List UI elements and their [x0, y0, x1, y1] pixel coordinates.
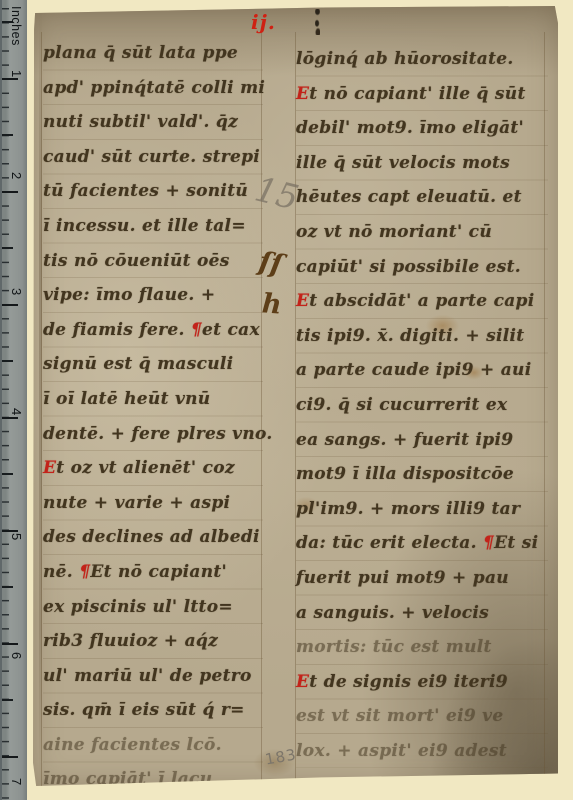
manuscript-text-line: est vt sit mort' ei9 ve	[296, 699, 548, 734]
gutter-pen-trial: h	[261, 288, 283, 320]
manuscript-column-right: lōginq́ ab hūorositate.Et nō capiant' il…	[296, 42, 548, 768]
manuscript-text-line: hēutes capt eleuatū. et	[296, 180, 548, 215]
manuscript-text-line: tis nō cōueniūt oēs	[43, 244, 263, 279]
manuscript-text-line: īmo capiāt' ī lacu	[43, 762, 263, 786]
manuscript-text-line: a parte caude ipi9 + aui	[296, 353, 548, 388]
manuscript-text-line: Et de signis ei9 iteri9	[296, 665, 548, 700]
manuscript-text-line: rib3 fluuioz + aq́z	[43, 624, 263, 659]
manuscript-text-line: ille q̄ sūt velocis mots	[296, 146, 548, 181]
column-ruling-line	[41, 32, 42, 786]
manuscript-text-line: ī oī latē heūt vnū	[43, 382, 263, 417]
manuscript-text-line: ul' mariū ul' de petro	[43, 659, 263, 694]
rubricated-initial: E	[296, 672, 309, 692]
manuscript-text-line: caud' sūt curte. strepi	[43, 140, 263, 175]
quire-mark-numeral: ij.	[251, 10, 276, 34]
ruler-inch-number: 5	[9, 533, 24, 540]
inch-ruler: Inches 1234567	[0, 0, 27, 800]
manuscript-text-line: fuerit pui mot9 + pau	[296, 561, 548, 596]
rubricated-initial: E	[296, 291, 309, 311]
ruler-tick-marks	[2, 0, 27, 800]
manuscript-text-line: ī incessu. et ille tal=	[43, 209, 263, 244]
manuscript-text-line: vipe: īmo flaue. +	[43, 278, 263, 313]
manuscript-photo: Inches 1234567 ij. plana q̄ sūt lata ppe…	[0, 0, 573, 800]
rubricated-initial: E	[296, 84, 309, 104]
rubricated-initial: E	[43, 458, 56, 478]
ruler-unit-label: Inches	[9, 6, 23, 46]
manuscript-text-line: lox. + aspit' ei9 adest	[296, 734, 548, 769]
manuscript-text-line: tis ipi9. x̄. digiti. + silit	[296, 319, 548, 354]
manuscript-text-line: da: tūc erit electa. ¶Et si	[296, 526, 548, 561]
red-paraph-mark: ¶	[483, 533, 494, 553]
red-paraph-mark: ¶	[79, 562, 90, 582]
manuscript-text-line: dentē. + fere plres vno.	[43, 417, 263, 452]
red-paraph-mark: ¶	[191, 320, 202, 340]
manuscript-text-line: Et abscidāt' a parte capi	[296, 284, 548, 319]
ruler-inch-number: 4	[9, 408, 24, 415]
manuscript-text-line: apd' ppinq́tatē colli mi	[43, 71, 263, 106]
manuscript-text-line: mot9 ī illa dispositcōe	[296, 457, 548, 492]
manuscript-text-line: ci9. q̄ si cucurrerit ex	[296, 388, 548, 423]
folio-number-pencil: 183	[264, 745, 298, 768]
ink-speck-mark	[315, 9, 320, 35]
ruler-inch-number: 3	[9, 288, 24, 295]
manuscript-text-line: ea sangs. + fuerit ipi9	[296, 423, 548, 458]
manuscript-text-line: oz vt nō moriant' cū	[296, 215, 548, 250]
ruler-inch-number: 1	[9, 70, 24, 77]
manuscript-text-line: Et oz vt alienēt' coz	[43, 451, 263, 486]
ruler-inch-number: 6	[9, 652, 24, 659]
manuscript-text-line: nute + varie + aspi	[43, 486, 263, 521]
parchment-leaf: ij. plana q̄ sūt lata ppeapd' ppinq́tatē…	[33, 6, 558, 786]
manuscript-text-line: plana q̄ sūt lata ppe	[43, 36, 263, 71]
manuscript-text-line: aine facientes lcō.	[43, 728, 263, 763]
ruler-inch-number: 2	[9, 172, 24, 179]
manuscript-text-line: de fiamis fere. ¶et cax	[43, 313, 263, 348]
manuscript-text-line: tū facientes + sonitū	[43, 174, 263, 209]
manuscript-text-line: des declines ad albedi	[43, 520, 263, 555]
manuscript-text-line: signū est q̄ masculi	[43, 347, 263, 382]
manuscript-text-line: nuti subtil' vald'. q̄z	[43, 105, 263, 140]
manuscript-text-line: capiūt' si possibile est.	[296, 250, 548, 285]
manuscript-text-line: a sanguis. + velocis	[296, 596, 548, 631]
manuscript-text-line: debil' mot9. īmo eligāt'	[296, 111, 548, 146]
manuscript-text-line: mortis: tūc est mult	[296, 630, 548, 665]
manuscript-text-line: nē. ¶Et nō capiant'	[43, 555, 263, 590]
ruler-inch-number: 7	[9, 778, 24, 785]
gutter-pen-trial: ſſ	[256, 246, 284, 281]
manuscript-column-left: plana q̄ sūt lata ppeapd' ppinq́tatē col…	[43, 36, 263, 786]
manuscript-text-line: lōginq́ ab hūorositate.	[296, 42, 548, 77]
manuscript-text-line: pl'im9. + mors illi9 tar	[296, 492, 548, 527]
manuscript-text-line: ex piscinis ul' ltto=	[43, 590, 263, 625]
manuscript-text-line: sis. qm̄ ī eis sūt q́ r=	[43, 693, 263, 728]
manuscript-text-line: Et nō capiant' ille q̄ sūt	[296, 77, 548, 112]
